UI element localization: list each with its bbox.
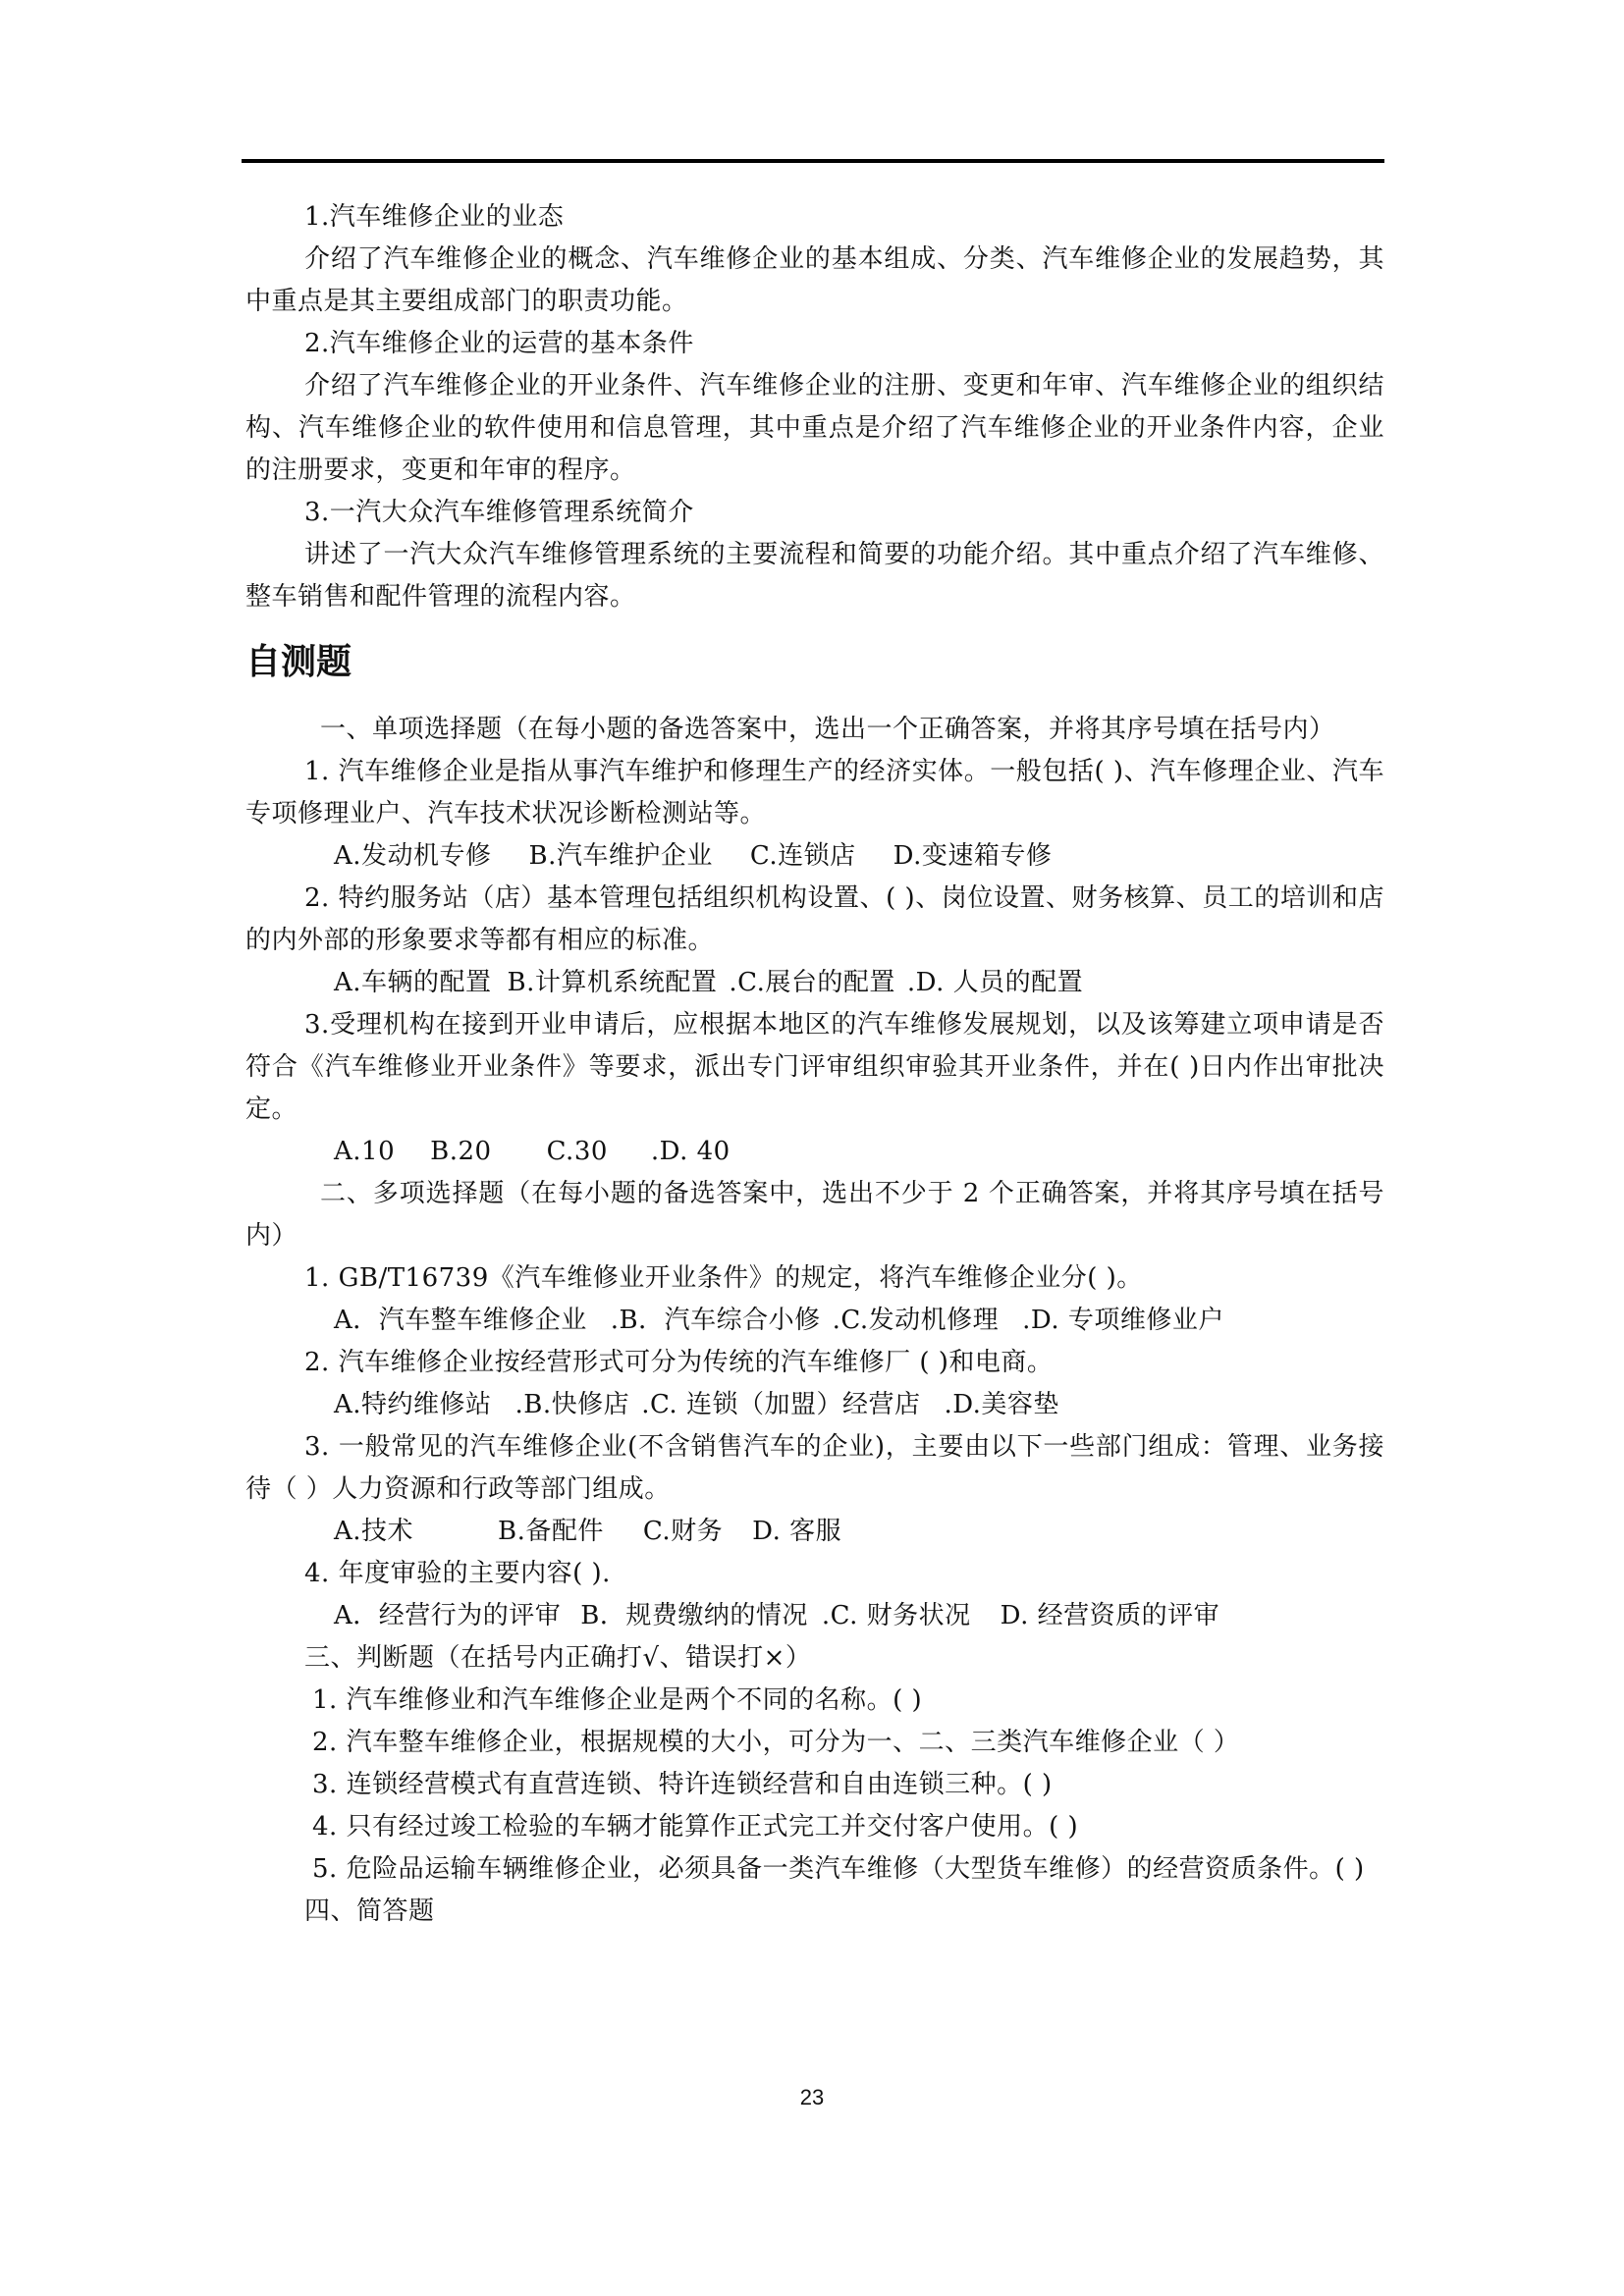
s2-q1-options: A．汽车整车维修企业.B．汽车综合小修.C.发动机修理.D. 专项维修业户 — [245, 1300, 1384, 1342]
s1-q1-options: A.发动机专修B.汽车维护企业C.连锁店D.变速箱专修 — [245, 835, 1384, 878]
s1-q3-options: A.10B.20C.30.D. 40 — [245, 1131, 1384, 1173]
option-b: B.备配件 — [498, 1511, 604, 1553]
s1-q2-options: A.车辆的配置B.计算机系统配置.C.展台的配置.D. 人员的配置 — [245, 962, 1384, 1004]
section3-title: 三、判断题（在括号内正确打√、错误打×） — [245, 1637, 1384, 1680]
summary-1-body: 介绍了汽车维修企业的概念、汽车维修企业的基本组成、分类、汽车维修企业的发展趋势，… — [245, 239, 1384, 323]
option-d: D. 经营资质的评审 — [1001, 1595, 1219, 1637]
option-b: B.计算机系统配置 — [508, 962, 718, 1004]
section1-title: 一、单项选择题（在每小题的备选答案中，选出一个正确答案，并将其序号填在括号内） — [245, 709, 1384, 751]
summary-1-title: 1.汽车维修企业的业态 — [245, 196, 1384, 239]
option-d: .D. 专项维修业户 — [1022, 1300, 1224, 1342]
option-a: A.技术 — [334, 1511, 413, 1553]
option-b: B.20 — [430, 1131, 491, 1173]
option-c: .C. 财务状况 — [822, 1595, 971, 1637]
s2-q1-stem: 1. GB/T16739《汽车维修业开业条件》的规定，将汽车维修企业分( )。 — [245, 1257, 1384, 1300]
option-c: .C. 连锁（加盟）经营店 — [641, 1384, 920, 1426]
judgment-item-5: 5. 危险品运输车辆维修企业，必须具备一类汽车维修（大型货车维修）的经营资质条件… — [245, 1848, 1384, 1891]
option-a: A.10 — [334, 1131, 395, 1173]
s2-q3-options: A.技术B.备配件C.财务D. 客服 — [245, 1511, 1384, 1553]
option-b: B.汽车维护企业 — [529, 835, 713, 878]
s2-q4-options: A．经营行为的评审B．规费缴纳的情况.C. 财务状况D. 经营资质的评审 — [245, 1595, 1384, 1637]
section4-title: 四、简答题 — [245, 1891, 1384, 1933]
s1-q3-stem: 3.受理机构在接到开业申请后，应根据本地区的汽车维修发展规划，以及该筹建立项申请… — [245, 1004, 1384, 1131]
summary-3-body: 讲述了一汽大众汽车维修管理系统的主要流程和简要的功能介绍。其中重点介绍了汽车维修… — [245, 534, 1384, 618]
option-c: C.连锁店 — [750, 835, 856, 878]
s2-q4-stem: 4. 年度审验的主要内容( ). — [245, 1553, 1384, 1595]
summary-2-body: 介绍了汽车维修企业的开业条件、汽车维修企业的注册、变更和年审、汽车维修企业的组织… — [245, 365, 1384, 492]
option-c: .C.展台的配置 — [729, 962, 895, 1004]
option-d: .D.美容垫 — [944, 1384, 1058, 1426]
option-c: .C.发动机修理 — [833, 1300, 1000, 1342]
s2-q2-options: A.特约维修站.B.快修店.C. 连锁（加盟）经营店.D.美容垫 — [245, 1384, 1384, 1426]
option-a: A.特约维修站 — [334, 1384, 492, 1426]
option-b: .B．汽车综合小修 — [611, 1300, 821, 1342]
option-b: B．规费缴纳的情况 — [580, 1595, 808, 1637]
section-heading: 自测题 — [245, 628, 1384, 697]
option-d: .D. 人员的配置 — [907, 962, 1083, 1004]
judgment-item-1: 1. 汽车维修业和汽车维修企业是两个不同的名称。( ) — [245, 1680, 1384, 1722]
option-c: C.财务 — [643, 1511, 723, 1553]
s1-q1-stem: 1. 汽车维修企业是指从事汽车维护和修理生产的经济实体。一般包括( )、汽车修理… — [245, 751, 1384, 835]
option-a: A.车辆的配置 — [334, 962, 492, 1004]
option-a: A．经营行为的评审 — [334, 1595, 561, 1637]
option-d: D. 客服 — [752, 1511, 841, 1553]
summary-2-title: 2.汽车维修企业的运营的基本条件 — [245, 323, 1384, 365]
s2-q2-stem: 2. 汽车维修企业按经营形式可分为传统的汽车维修厂 ( )和电商。 — [245, 1342, 1384, 1384]
judgment-item-2: 2. 汽车整车维修企业，根据规模的大小，可分为一、二、三类汽车维修企业（ ） — [245, 1722, 1384, 1764]
judgment-item-4: 4. 只有经过竣工检验的车辆才能算作正式完工并交付客户使用。( ) — [245, 1806, 1384, 1848]
option-d: .D. 40 — [651, 1131, 731, 1173]
header-rule — [242, 159, 1384, 163]
page-number: 23 — [0, 2085, 1624, 2110]
option-d: D.变速箱专修 — [893, 835, 1053, 878]
option-c: C.30 — [547, 1131, 608, 1173]
page-content: 1.汽车维修企业的业态 介绍了汽车维修企业的概念、汽车维修企业的基本组成、分类、… — [245, 196, 1384, 1933]
judgment-item-3: 3. 连锁经营模式有直营连锁、特许连锁经营和自由连锁三种。( ) — [245, 1764, 1384, 1806]
section2-title: 二、多项选择题（在每小题的备选答案中，选出不少于 2 个正确答案，并将其序号填在… — [245, 1173, 1384, 1257]
s1-q2-stem: 2. 特约服务站（店）基本管理包括组织机构设置、( )、岗位设置、财务核算、员工… — [245, 878, 1384, 962]
option-a: A.发动机专修 — [334, 835, 492, 878]
option-a: A．汽车整车维修企业 — [334, 1300, 587, 1342]
summary-3-title: 3.一汽大众汽车维修管理系统简介 — [245, 492, 1384, 534]
s2-q3-stem: 3. 一般常见的汽车维修企业(不含销售汽车的企业)，主要由以下一些部门组成：管理… — [245, 1426, 1384, 1511]
option-b: .B.快修店 — [515, 1384, 630, 1426]
